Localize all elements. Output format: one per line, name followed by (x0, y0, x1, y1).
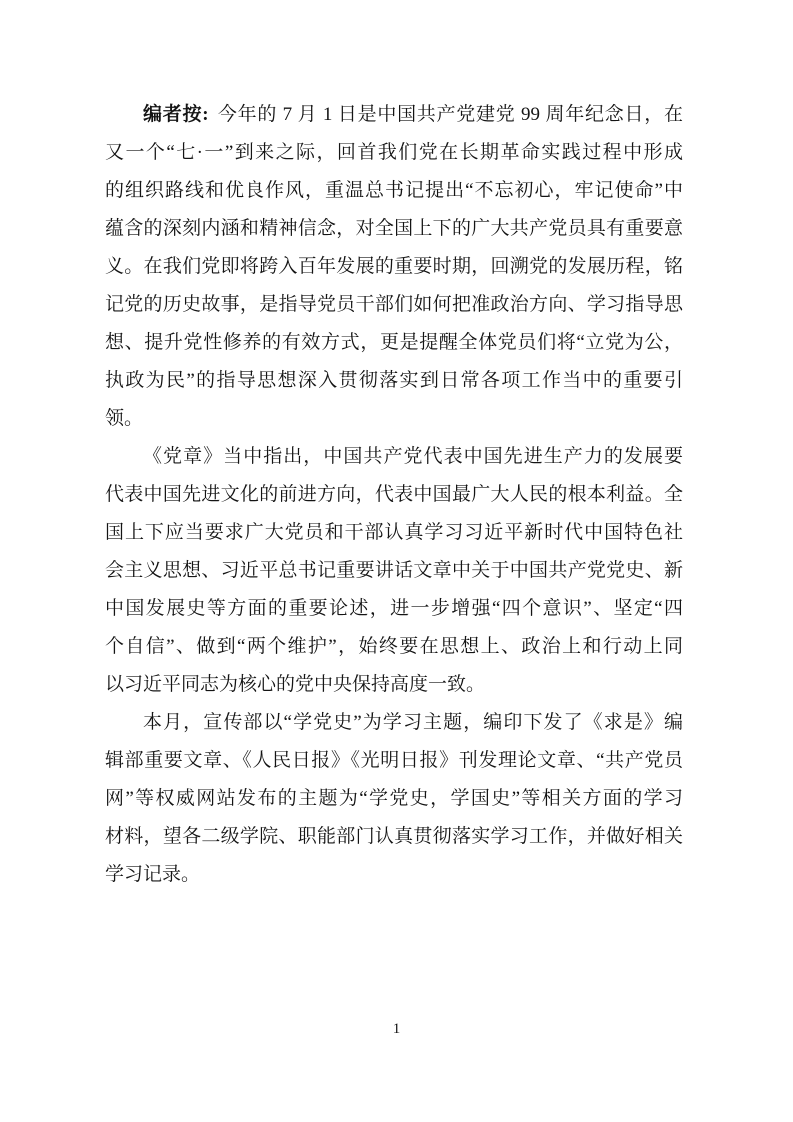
text-line: 材料，望各二级学院、职能部门认真贯彻落实学习工作，并做好相关 (105, 818, 683, 856)
text-line: 本月，宣传部以“学党史”为学习主题，编印下发了《求是》编 (105, 704, 683, 742)
text-line: 想、提升党性修养的有效方式，更是提醒全体党员们将“立党为公， (105, 324, 683, 362)
text-line: 个自信”、做到“两个维护”，始终要在思想上、政治上和行动上同 (105, 628, 683, 666)
text-line: 执政为民”的指导思想深入贯彻落实到日常各项工作当中的重要引 (105, 362, 683, 400)
text-line: 的组织路线和优良作风，重温总书记提出“不忘初心，牢记使命”中 (105, 172, 683, 210)
text-line: 领。 (105, 400, 683, 438)
text-line: 代表中国先进文化的前进方向，代表中国最广大人民的根本利益。全 (105, 476, 683, 514)
text-line: 以习近平同志为核心的党中央保持高度一致。 (105, 666, 683, 704)
text-line: 《党章》当中指出，中国共产党代表中国先进生产力的发展要求， (105, 438, 683, 476)
lead-in: 编者按: (143, 104, 209, 125)
text-line: 会主义思想、习近平总书记重要讲话文章中关于中国共产党党史、新 (105, 552, 683, 590)
text-line: 又一个“七·一”到来之际，回首我们党在长期革命实践过程中形成 (105, 134, 683, 172)
document-page: 编者按:今年的 7 月 1 日是中国共产党建党 99 周年纪念日，在又一个“七·… (0, 0, 793, 1122)
text-line: 学习记录。 (105, 856, 683, 894)
text-line: 记党的历史故事，是指导党员干部们如何把准政治方向、学习指导思 (105, 286, 683, 324)
text-line: 中国发展史等方面的重要论述，进一步增强“四个意识”、坚定“四 (105, 590, 683, 628)
text-line: 蕴含的深刻内涵和精神信念，对全国上下的广大共产党员具有重要意 (105, 210, 683, 248)
text-line: 网”等权威网站发布的主题为“学党史，学国史”等相关方面的学习 (105, 780, 683, 818)
text-line: 辑部重要文章、《人民日报》《光明日报》刊发理论文章、“共产党员 (105, 742, 683, 780)
text-line: 编者按:今年的 7 月 1 日是中国共产党建党 99 周年纪念日，在 (105, 96, 683, 134)
text-line: 国上下应当要求广大党员和干部认真学习习近平新时代中国特色社 (105, 514, 683, 552)
text-line: 义。在我们党即将跨入百年发展的重要时期，回溯党的发展历程，铭 (105, 248, 683, 286)
page-footer: 1 (0, 1020, 793, 1038)
paragraph: 《党章》当中指出，中国共产党代表中国先进生产力的发展要求，代表中国先进文化的前进… (105, 438, 683, 704)
paragraph: 编者按:今年的 7 月 1 日是中国共产党建党 99 周年纪念日，在又一个“七·… (105, 96, 683, 438)
page-number: 1 (393, 1021, 401, 1037)
paragraph: 本月，宣传部以“学党史”为学习主题，编印下发了《求是》编辑部重要文章、《人民日报… (105, 704, 683, 894)
document-body: 编者按:今年的 7 月 1 日是中国共产党建党 99 周年纪念日，在又一个“七·… (105, 96, 683, 894)
